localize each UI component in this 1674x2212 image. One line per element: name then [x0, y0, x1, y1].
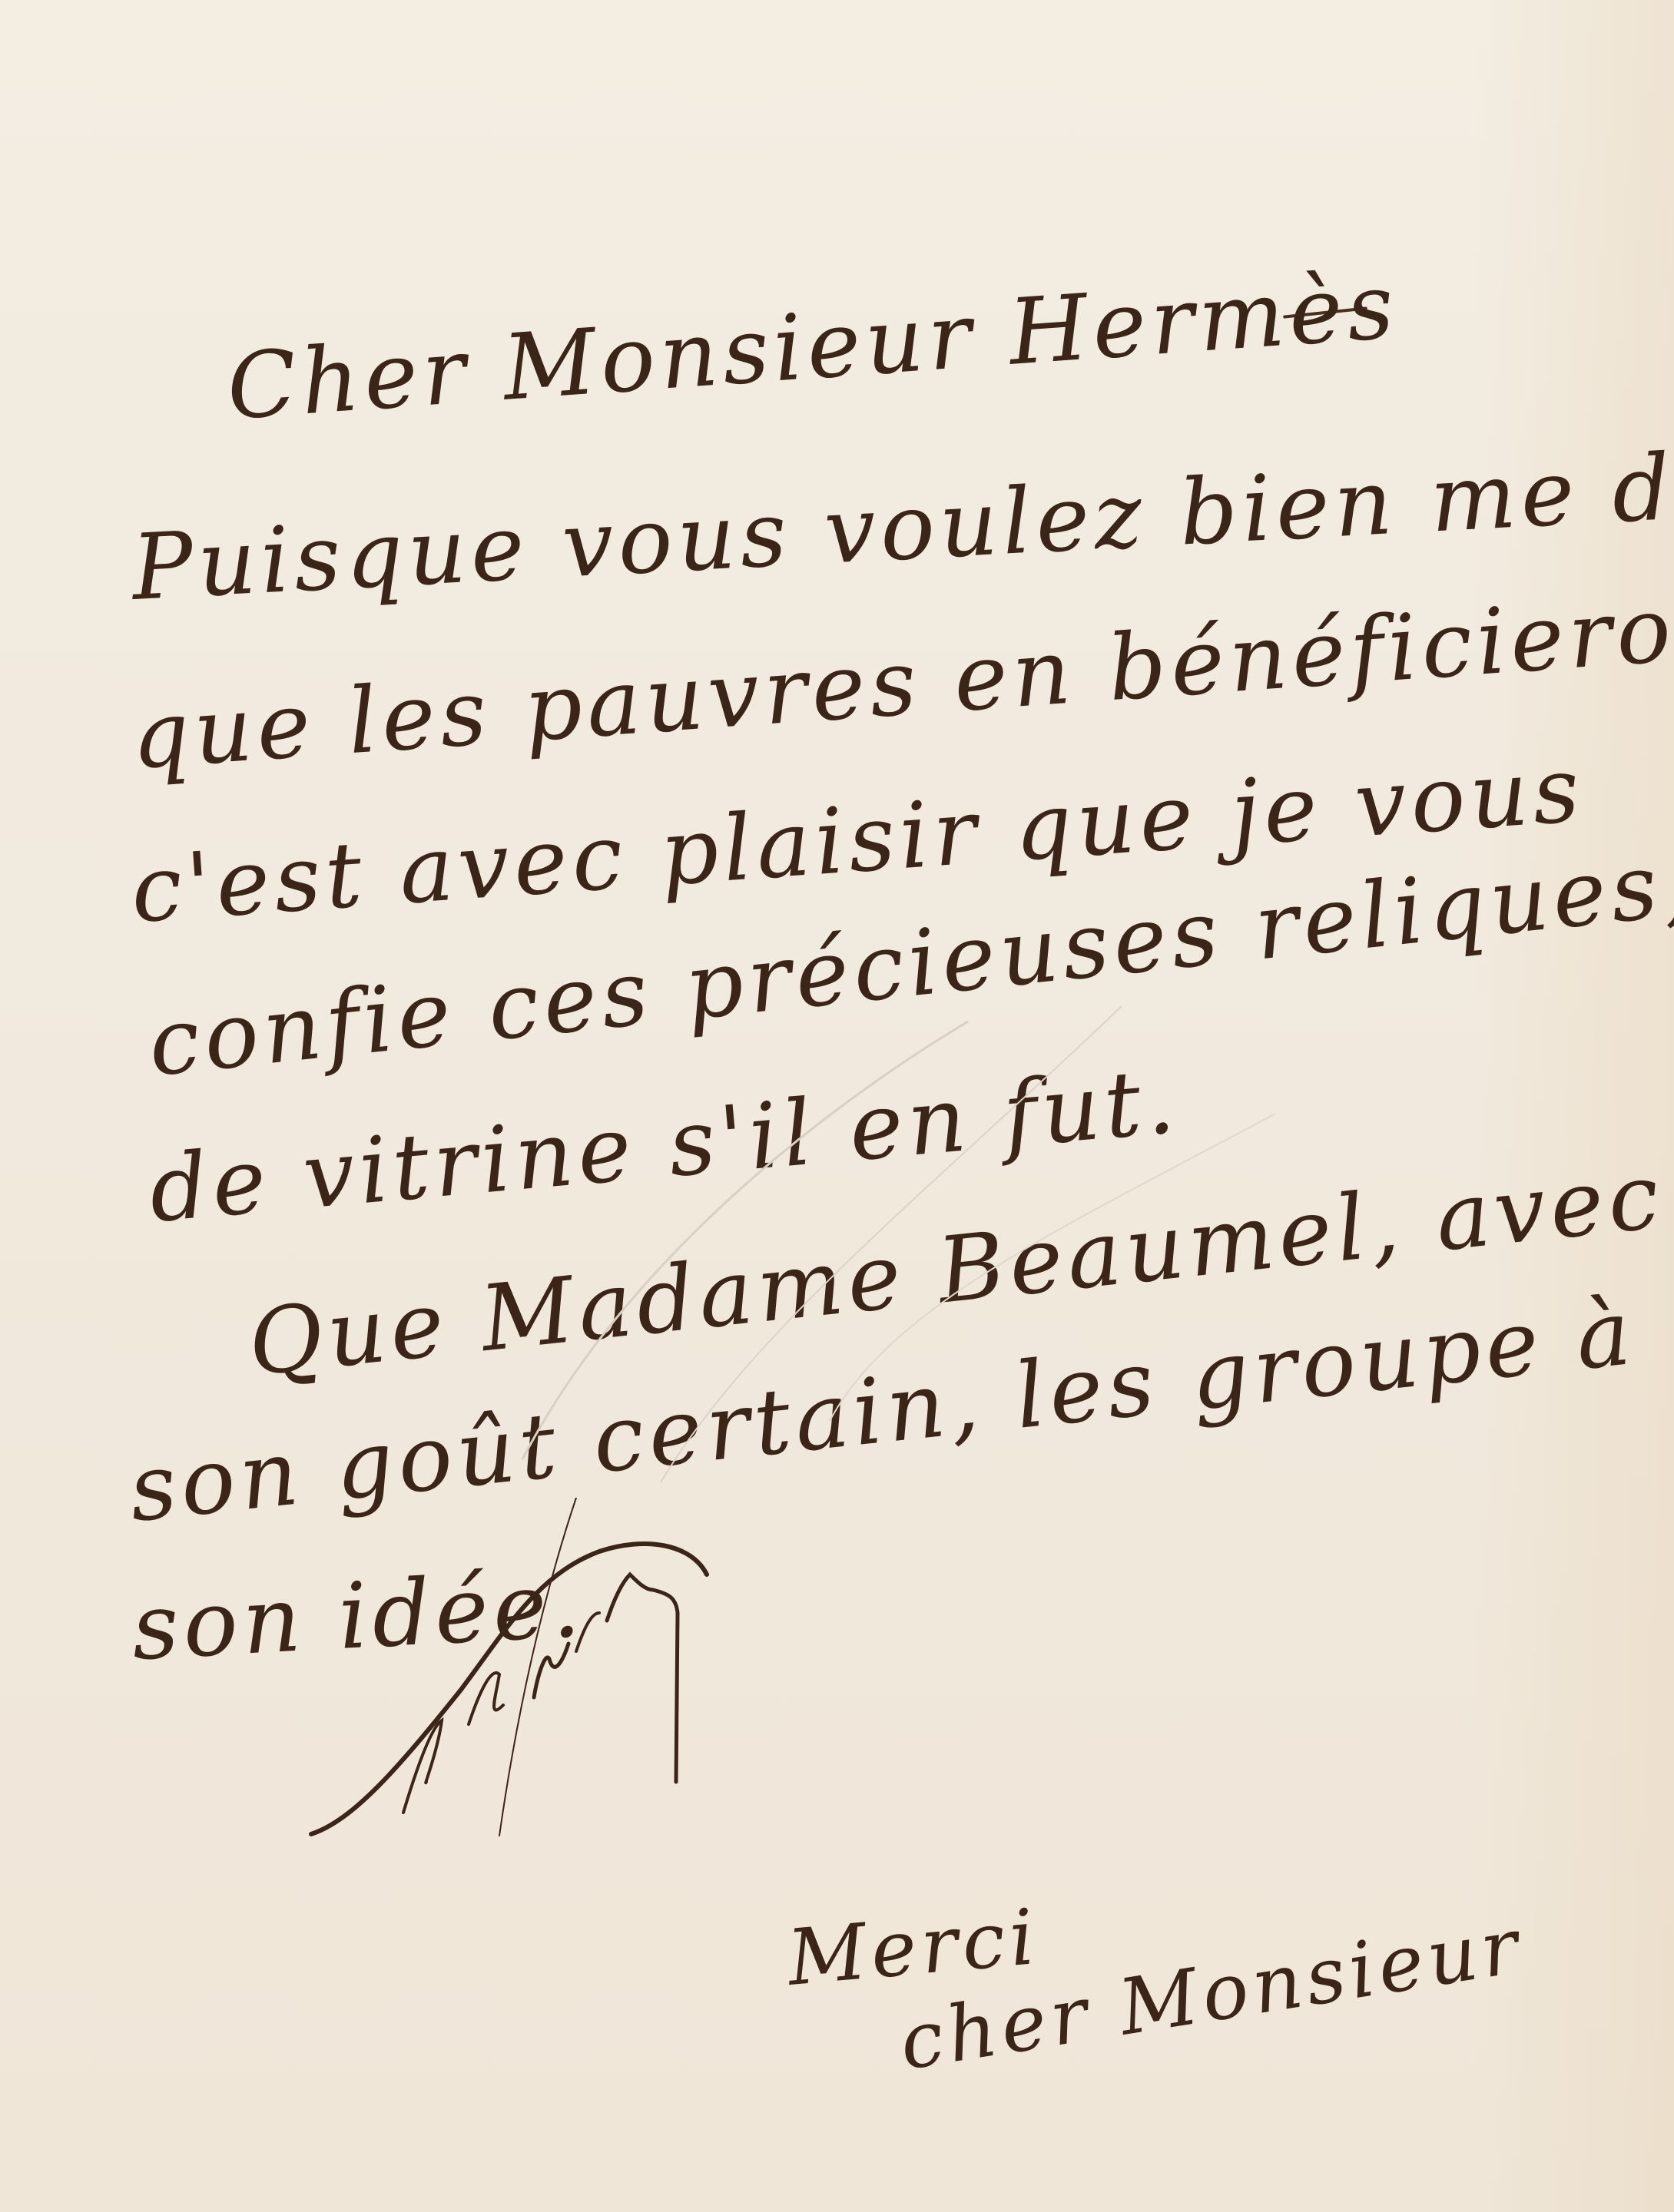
signature-flourish [307, 1498, 1536, 1882]
